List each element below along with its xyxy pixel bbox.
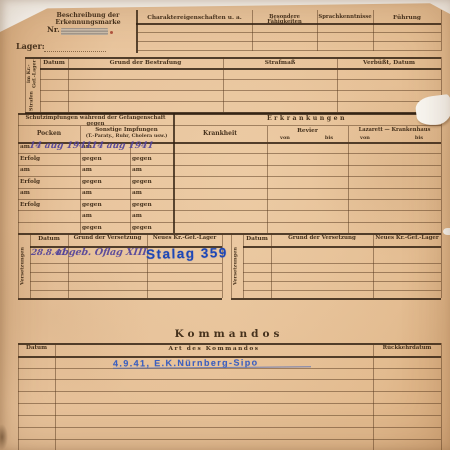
handwritten-pocken-date: 14 aug 1941: [28, 141, 92, 151]
rule-line: [18, 403, 441, 404]
row-label: am: [20, 190, 30, 196]
col-lazarett: Lazarett — Krankenhaus: [348, 128, 441, 133]
versetzungen-col-datum: Datum: [30, 236, 68, 242]
handwritten-transfer-reason: abgeb. Oflag XIII: [55, 247, 147, 258]
rule-line: [40, 68, 441, 70]
col-revier: Revier: [267, 128, 348, 134]
col-sprachkenntnisse: Sprachkenntnisse: [318, 15, 372, 21]
rule-line: [136, 50, 441, 51]
nr-erased-entry: [61, 28, 108, 35]
divider: [223, 57, 224, 112]
rule-line: [136, 41, 441, 42]
rule-line: [18, 427, 441, 428]
paper-nick-right: [443, 228, 450, 235]
stalag-359-stamp: Stalag 359: [146, 245, 228, 262]
strafen-col-grund: Grund der Bestrafung: [68, 60, 223, 66]
divider: [337, 57, 338, 112]
lazarett-von: von: [352, 136, 378, 141]
rule-line: [18, 379, 441, 380]
row-label: Erfolg: [20, 156, 40, 162]
row-label: Erfolg: [20, 202, 40, 208]
rule-line: [18, 199, 441, 200]
col-krankheit: Krankheit: [173, 131, 267, 137]
row-label: am: [82, 190, 92, 196]
versetzungen-col-lager: Neues Kr.-Gef.-Lager: [373, 236, 441, 242]
rule-line: [18, 439, 441, 440]
lager-entry-line: [44, 50, 106, 52]
versetzungen-col-grund: Grund der Versetzung: [271, 236, 373, 242]
rule-line: [243, 290, 441, 291]
lazarett-bis: bis: [406, 136, 432, 141]
divider: [30, 233, 31, 298]
rule-line: [18, 415, 441, 416]
col-fuehrung: Führung: [374, 15, 440, 21]
rule-line: [30, 263, 222, 264]
handwritten-sonstige-date: 14 aug 1941: [90, 141, 154, 151]
rule-line: [40, 90, 441, 91]
rule-line: [18, 391, 441, 392]
versetzungen-side-label: Versetzungen: [17, 236, 30, 296]
pow-record-card: Beschreibung der Erkennungsmarke Nr. Lag…: [0, 0, 450, 450]
nr-label: Nr.: [47, 26, 60, 34]
col-pocken: Pocken: [18, 131, 80, 137]
row-label: gegen: [82, 179, 102, 185]
versetzungen-col-grund: Grund der Versetzung: [68, 236, 147, 242]
divider: [68, 57, 69, 112]
paper-tear-right: [414, 94, 450, 127]
row-label: am: [132, 190, 142, 196]
rule-line: [40, 101, 441, 102]
row-label: Erfolg: [20, 179, 40, 185]
divider: [441, 10, 442, 51]
rule-line: [243, 281, 441, 282]
rule-line: [243, 272, 441, 273]
versetzungen-side-label: Versetzungen: [230, 236, 243, 296]
rule-line: [18, 368, 441, 369]
rule-line: [30, 272, 222, 273]
divider: [173, 113, 175, 233]
divider: [147, 233, 148, 298]
row-label: am: [82, 213, 92, 219]
divider: [373, 343, 374, 450]
row-label: gegen: [82, 225, 102, 231]
strafen-col-verbuesst: Verbüßt, Datum: [337, 60, 441, 66]
row-label: gegen: [132, 179, 152, 185]
versetzungen-col-datum: Datum: [243, 236, 271, 242]
rule-line: [243, 263, 441, 264]
erkrankungen-title: Erkrankungen: [173, 116, 441, 123]
kommandos-col-datum: Datum: [18, 346, 55, 352]
col-charaktereigenschaften: Charaktereigenschaften u. a.: [138, 15, 251, 21]
divider: [267, 126, 268, 233]
lager-label: Lager:: [16, 42, 45, 50]
col-sonstige-impfungen: Sonstige Impfungen: [80, 128, 173, 134]
red-ink-mark: [110, 31, 113, 34]
rule-line: [18, 222, 441, 223]
rule-line: [231, 298, 441, 300]
divider: [271, 233, 272, 298]
divider: [441, 343, 442, 450]
col-sonstige-sub: (T.-Paraty., Ruhr, Cholera usw.): [80, 135, 173, 140]
rule-line: [136, 23, 441, 25]
row-label: am: [82, 167, 92, 173]
divider: [130, 142, 131, 233]
divider: [55, 343, 56, 450]
revier-bis: bis: [316, 136, 342, 141]
row-label: gegen: [132, 225, 152, 231]
row-label: am: [132, 213, 142, 219]
kommandos-title: Kommandos: [129, 329, 329, 340]
divider: [18, 113, 19, 233]
rule-line: [18, 165, 441, 166]
strafen-col-strafmass: Strafmaß: [223, 60, 337, 66]
rule-line: [30, 290, 222, 291]
row-label: gegen: [132, 156, 152, 162]
rule-line: [18, 188, 441, 189]
rule-line: [243, 246, 441, 248]
revier-von: von: [272, 136, 298, 141]
kommandos-col-rueckkehr: Rückkehrdatum: [373, 346, 441, 352]
rule-line: [18, 153, 441, 154]
row-label: am: [20, 167, 30, 173]
divider: [18, 343, 19, 450]
rule-line: [18, 125, 441, 126]
divider: [222, 233, 223, 298]
rule-line: [136, 32, 441, 33]
row-label: gegen: [82, 202, 102, 208]
divider: [373, 233, 374, 298]
stain-bottom-left: [0, 424, 8, 450]
kommandos-col-art: Art des Kommandos: [55, 346, 373, 352]
rule-line: [18, 343, 441, 345]
rule-line: [18, 210, 441, 211]
row-label: gegen: [82, 156, 102, 162]
strafen-side-label: Strafen im Kr.-Gef.-Lager: [25, 59, 40, 111]
divider: [441, 113, 442, 233]
versetzungen-col-lager: Neues Kr.-Gef.-Lager: [147, 236, 222, 242]
rule-line: [40, 79, 441, 80]
divider: [348, 126, 349, 233]
rule-line: [18, 176, 441, 177]
row-label: gegen: [132, 202, 152, 208]
paper-edge-top: [0, 0, 450, 10]
divider: [243, 233, 244, 298]
strafen-col-datum: Datum: [40, 60, 68, 66]
rule-line: [25, 57, 441, 59]
rule-line: [18, 298, 222, 300]
divider: [68, 233, 69, 298]
row-label: am: [132, 167, 142, 173]
rule-line: [30, 281, 222, 282]
divider: [441, 233, 442, 298]
